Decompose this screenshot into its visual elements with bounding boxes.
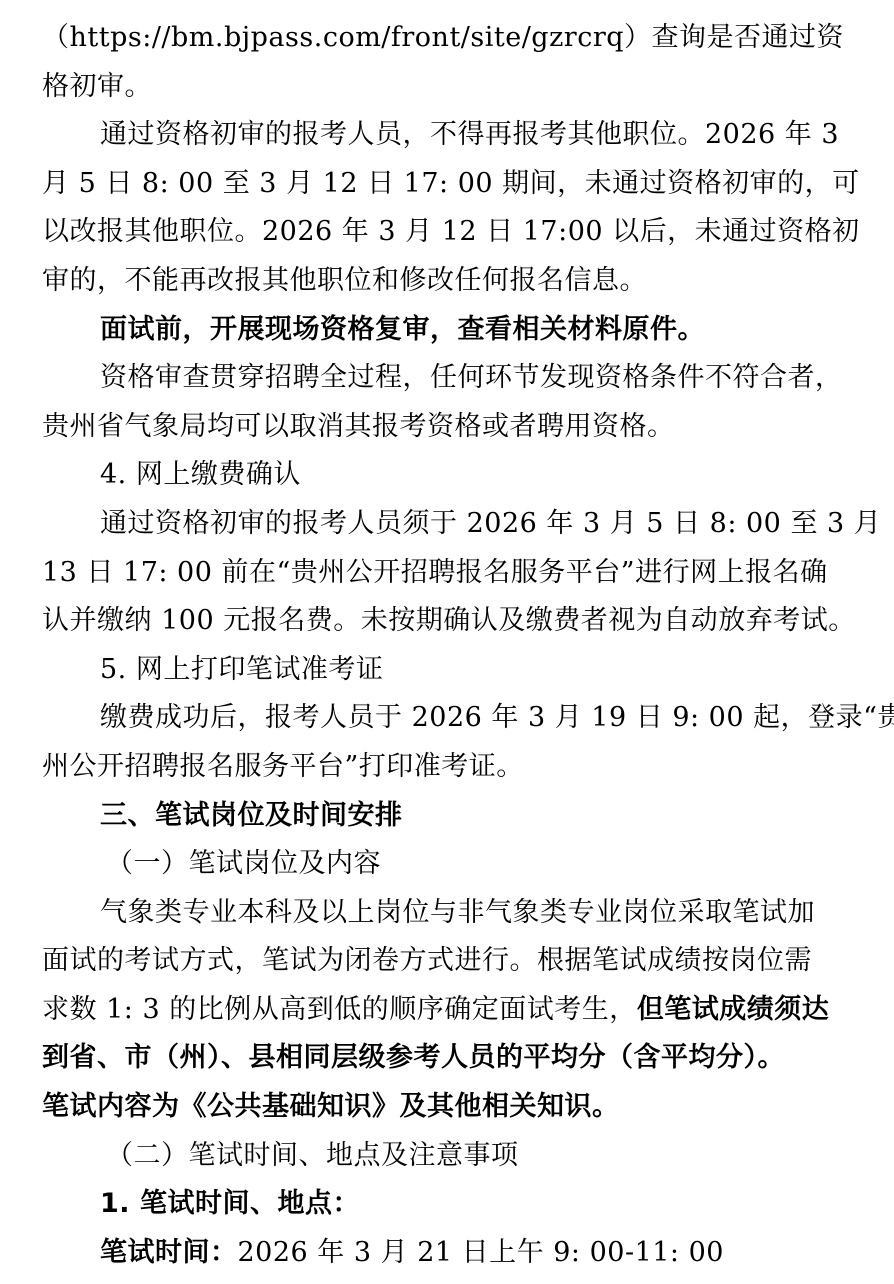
text-segment: 求数 1: 3 的比例从高到低的顺序确定面试考生，	[42, 994, 637, 1025]
text-line: 通过资格初审的报考人员，不得再报考其他职位。2026 年 3	[42, 111, 852, 160]
text-line: 面试前，开展现场资格复审，查看相关材料原件。	[42, 306, 852, 355]
exam-time-label: 笔试时间：	[100, 1237, 238, 1268]
paragraph-query-url: （https://bm.bjpass.com/front/site/gzrcrq…	[42, 14, 852, 111]
text-line: 笔试时间：2026 年 3 月 21 日上午 9: 00-11: 00	[42, 1229, 852, 1278]
text-line: 求数 1: 3 的比例从高到低的顺序确定面试考生，但笔试成绩须达	[42, 986, 852, 1035]
text-line: 4. 网上缴费确认	[42, 451, 852, 500]
paragraph-exam-method: 气象类专业本科及以上岗位与非气象类专业岗位采取笔试加 面试的考试方式，笔试为闭卷…	[42, 889, 852, 1132]
text-line: 面试的考试方式，笔试为闭卷方式进行。根据笔试成绩按岗位需	[42, 937, 852, 986]
text-line: 气象类专业本科及以上岗位与非气象类专业岗位采取笔试加	[42, 889, 852, 938]
subsection-heading-exam-content: （一）笔试岗位及内容	[42, 840, 852, 889]
text-line: 认并缴纳 100 元报名费。未按期确认及缴费者视为自动放弃考试。	[42, 597, 852, 646]
document-page: （https://bm.bjpass.com/front/site/gzrcrq…	[42, 14, 852, 1277]
text-line-bold: 笔试内容为《公共基础知识》及其他相关知识。	[42, 1083, 852, 1132]
paragraph-exam-time: 笔试时间：2026 年 3 月 21 日上午 9: 00-11: 00	[42, 1229, 852, 1278]
text-line: 13 日 17: 00 前在“贵州公开招聘报名服务平台”进行网上报名确	[42, 549, 852, 598]
text-line: （https://bm.bjpass.com/front/site/gzrcrq…	[42, 14, 852, 63]
section-heading-online-payment: 4. 网上缴费确认	[42, 451, 852, 500]
text-line: 缴费成功后，报考人员于 2026 年 3 月 19 日 9: 00 起，登录“贵	[42, 694, 852, 743]
paragraph-payment-details: 通过资格初审的报考人员须于 2026 年 3 月 5 日 8: 00 至 3 月…	[42, 500, 852, 646]
section-heading-print-admission: 5. 网上打印笔试准考证	[42, 646, 852, 695]
text-line: 1. 笔试时间、地点：	[42, 1180, 852, 1229]
text-line: 资格审查贯穿招聘全过程，任何环节发现资格条件不符合者，	[42, 354, 852, 403]
paragraph-onsite-review-notice: 面试前，开展现场资格复审，查看相关材料原件。	[42, 306, 852, 355]
text-line: 5. 网上打印笔试准考证	[42, 646, 852, 695]
paragraph-review-change-rules: 通过资格初审的报考人员，不得再报考其他职位。2026 年 3 月 5 日 8: …	[42, 111, 852, 305]
text-line: 月 5 日 8: 00 至 3 月 12 日 17: 00 期间，未通过资格初审…	[42, 160, 852, 209]
text-line-bold: 到省、市（州）、县相同层级参考人员的平均分（含平均分）。	[42, 1034, 852, 1083]
text-segment-bold: 但笔试成绩须达	[637, 994, 830, 1025]
text-line: 以改报其他职位。2026 年 3 月 12 日 17:00 以后，未通过资格初	[42, 208, 852, 257]
subsection-heading-exam-time-place: （二）笔试时间、地点及注意事项	[42, 1132, 852, 1181]
text-line: 审的，不能再改报其他职位和修改任何报名信息。	[42, 257, 852, 306]
text-line: 州公开招聘报名服务平台”打印准考证。	[42, 743, 852, 792]
text-line: 格初审。	[42, 63, 852, 112]
paragraph-qualification-review: 资格审查贯穿招聘全过程，任何环节发现资格条件不符合者， 贵州省气象局均可以取消其…	[42, 354, 852, 451]
text-line: 通过资格初审的报考人员须于 2026 年 3 月 5 日 8: 00 至 3 月	[42, 500, 852, 549]
text-line: 三、笔试岗位及时间安排	[42, 792, 852, 841]
text-line: （一）笔试岗位及内容	[42, 840, 852, 889]
paragraph-print-admission-details: 缴费成功后，报考人员于 2026 年 3 月 19 日 9: 00 起，登录“贵…	[42, 694, 852, 791]
exam-time-value: 2026 年 3 月 21 日上午 9: 00-11: 00	[238, 1237, 724, 1268]
section-heading-written-exam: 三、笔试岗位及时间安排	[42, 792, 852, 841]
text-line: （二）笔试时间、地点及注意事项	[42, 1132, 852, 1181]
text-line: 贵州省气象局均可以取消其报考资格或者聘用资格。	[42, 403, 852, 452]
item-heading-exam-time-place: 1. 笔试时间、地点：	[42, 1180, 852, 1229]
